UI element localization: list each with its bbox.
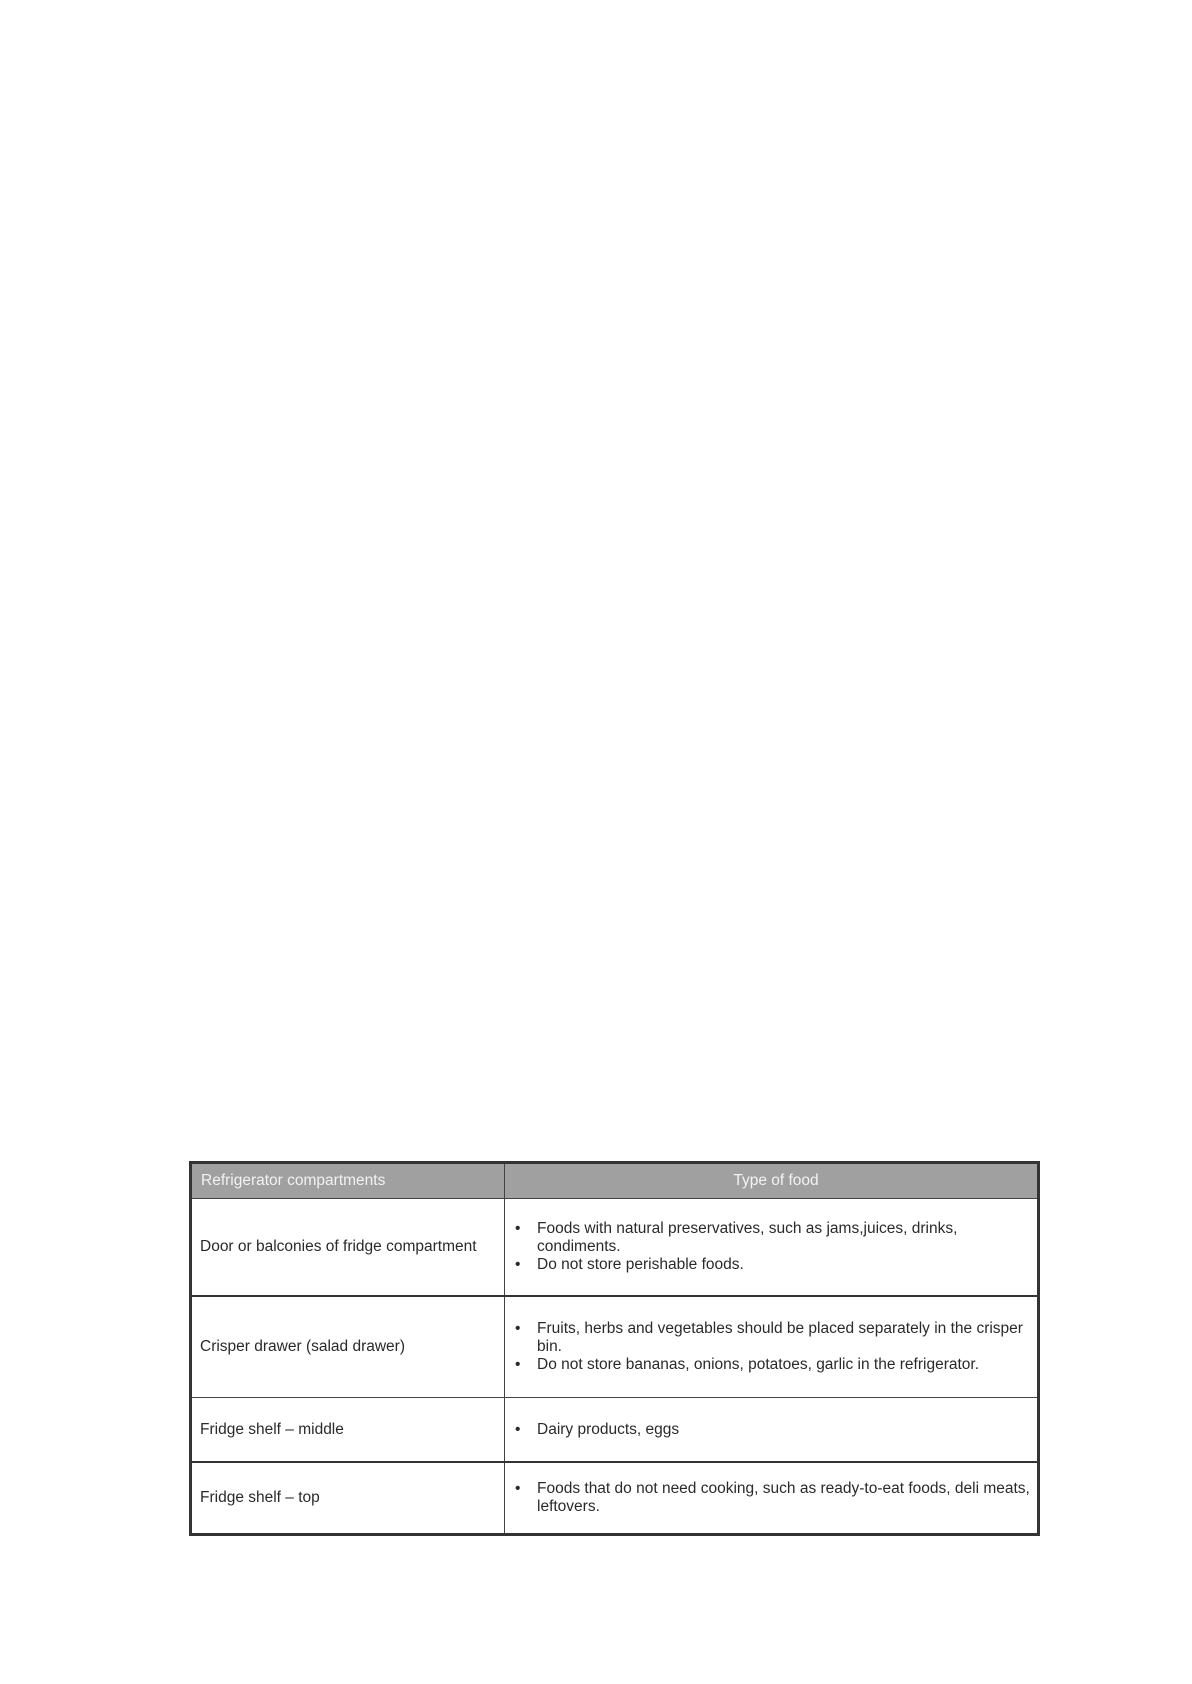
food-item: Do not store bananas, onions, potatoes, … bbox=[515, 1356, 1037, 1374]
food-item: Do not store perishable foods. bbox=[515, 1256, 1037, 1274]
header-compartments: Refrigerator compartments bbox=[191, 1163, 505, 1199]
food-cell: Fruits, herbs and vegetables should be p… bbox=[505, 1296, 1039, 1398]
compartment-cell: Fridge shelf – top bbox=[191, 1462, 505, 1535]
food-cell: Dairy products, eggs bbox=[505, 1398, 1039, 1463]
food-item: Dairy products, eggs bbox=[515, 1421, 1037, 1439]
food-item: Fruits, herbs and vegetables should be p… bbox=[515, 1320, 1037, 1356]
food-item: Foods that do not need cooking, such as … bbox=[515, 1480, 1037, 1516]
table-row: Fridge shelf – top Foods that do not nee… bbox=[191, 1462, 1039, 1535]
food-cell: Foods with natural preservatives, such a… bbox=[505, 1199, 1039, 1297]
food-item: Foods with natural preservatives, such a… bbox=[515, 1220, 1037, 1256]
table-header-row: Refrigerator compartments Type of food bbox=[191, 1163, 1039, 1199]
table-row: Door or balconies of fridge compartment … bbox=[191, 1199, 1039, 1297]
compartment-cell: Crisper drawer (salad drawer) bbox=[191, 1296, 505, 1398]
compartment-cell: Door or balconies of fridge compartment bbox=[191, 1199, 505, 1297]
table-row: Crisper drawer (salad drawer) Fruits, he… bbox=[191, 1296, 1039, 1398]
header-type-of-food: Type of food bbox=[505, 1163, 1039, 1199]
food-cell: Foods that do not need cooking, such as … bbox=[505, 1462, 1039, 1535]
compartment-cell: Fridge shelf – middle bbox=[191, 1398, 505, 1463]
food-storage-table: Refrigerator compartments Type of food D… bbox=[189, 1161, 1040, 1536]
table-row: Fridge shelf – middle Dairy products, eg… bbox=[191, 1398, 1039, 1463]
